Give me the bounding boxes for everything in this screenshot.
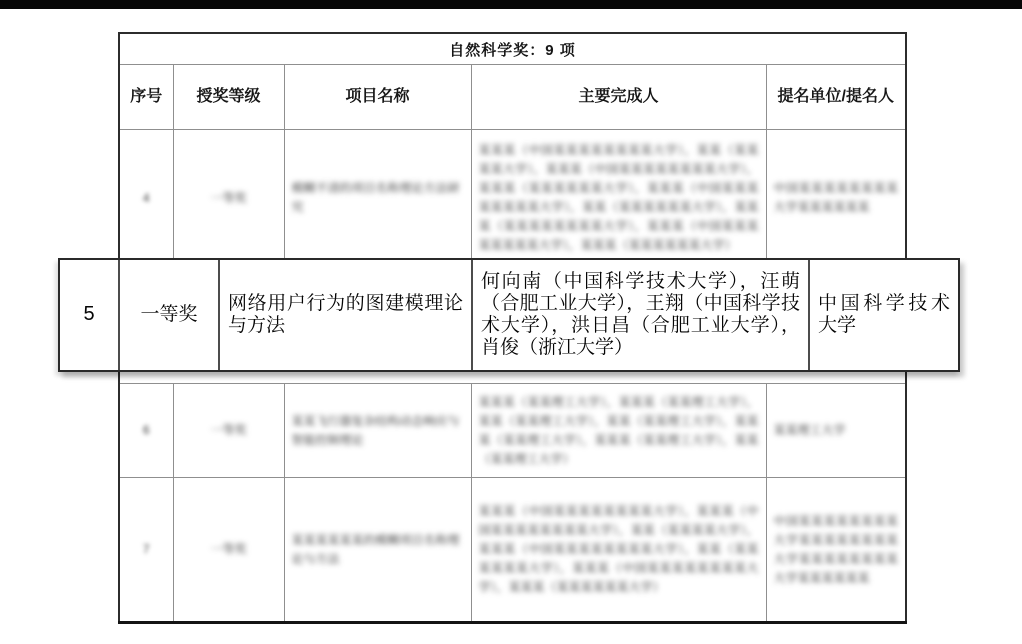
highlight-cell-index: 5 [60,260,120,370]
nominating-unit-text: 中国科学技术大学 [818,293,950,337]
col-header-project-name: 项目名称 [284,65,471,130]
col-header-main-contributors: 主要完成人 [471,65,766,130]
cell-nominating-unit: 中国某某某某某某某某大学某某某某某某某某大学某某某某某某某某大学某某某某某某 [766,478,906,623]
cell-nominating-unit: 中国某某某某某某某某大学某某某某某某 [766,130,906,267]
cell-nominating-unit: 某某理工大学 [766,384,906,478]
page: 自然科学奖：9 项 序号 授奖等级 项目名称 主要完成人 提名单位/提名人 4 … [0,0,1022,644]
cell-main-contributors: 某某某（中国某某某某某某某某大学），某某某（中国某某某某某某某某大学），某某（某… [471,478,766,623]
highlight-cell-award-level: 一等奖 [120,260,220,370]
cell-main-contributors: 某某某（某某理工大学），某某某（某某理工大学），某某（某某理工大学），某某（某某… [471,384,766,478]
cell-index: 6 [119,384,173,478]
cell-index: 4 [119,130,173,267]
project-name-text: 网络用户行为的图建模理论与方法 [228,293,463,337]
cell-award-level: 一等奖 [173,384,284,478]
highlight-cell-main-contributors: 何向南（中国科学技术大学），汪萌（合肥工业大学），王翔（中国科学技术大学），洪日… [473,260,810,370]
cell-main-contributors: 某某某（中国某某某某某某某某大学），某某（某某某某大学），某某某（中国某某某某某… [471,130,766,267]
award-level-text: 一等奖 [128,304,210,326]
table-row-blurred-3: 7 一等奖 某某某某某某的模糊项目名称理论与方法 某某某（中国某某某某某某某某大… [119,478,906,623]
cell-index: 7 [119,478,173,623]
table-row-blurred-1: 4 一等奖 模糊不清的项目名称理论方法研究 某某某（中国某某某某某某某某大学），… [119,130,906,267]
top-bar [0,0,1022,9]
highlighted-row-popout: 5 一等奖 网络用户行为的图建模理论与方法 何向南（中国科学技术大学），汪萌（合… [58,258,960,372]
col-header-nominating-unit: 提名单位/提名人 [766,65,906,130]
cell-award-level: 一等奖 [173,130,284,267]
table-header-row: 序号 授奖等级 项目名称 主要完成人 提名单位/提名人 [119,65,906,130]
highlight-cell-nominating-unit: 中国科学技术大学 [810,260,958,370]
contributors-text: 何向南（中国科学技术大学），汪萌（合肥工业大学），王翔（中国科学技术大学），洪日… [481,271,800,359]
cell-project-name: 模糊不清的项目名称理论方法研究 [284,130,471,267]
table-title: 自然科学奖：9 项 [119,33,906,65]
table-row-blurred-2: 6 一等奖 某某飞行器复杂结构动态响应与智能控制理论 某某某（某某理工大学），某… [119,384,906,478]
col-header-index: 序号 [119,65,173,130]
cell-project-name: 某某飞行器复杂结构动态响应与智能控制理论 [284,384,471,478]
col-header-award-level: 授奖等级 [173,65,284,130]
cell-award-level: 一等奖 [173,478,284,623]
table-title-row: 自然科学奖：9 项 [119,33,906,65]
cell-project-name: 某某某某某某的模糊项目名称理论与方法 [284,478,471,623]
highlight-cell-project-name: 网络用户行为的图建模理论与方法 [220,260,473,370]
